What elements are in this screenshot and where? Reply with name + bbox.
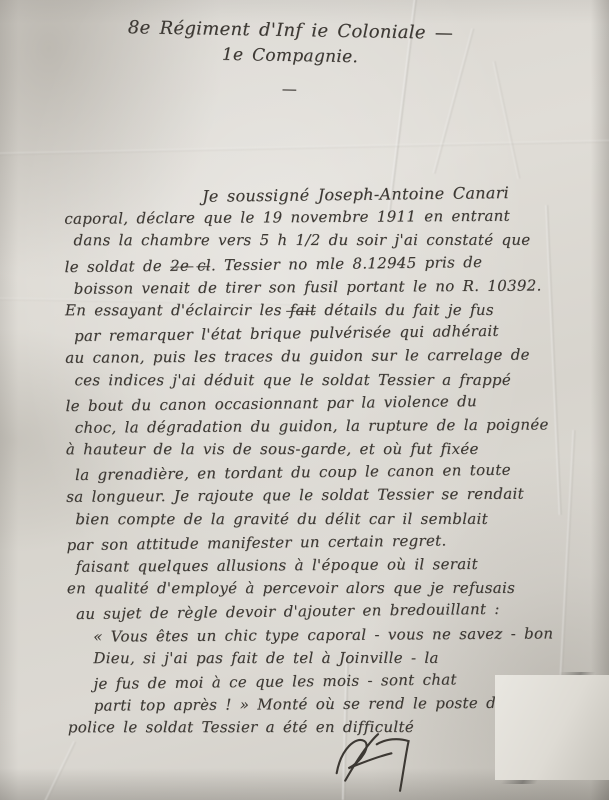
paper-sheet: 8e Régiment d'Inf ie Coloniale — 1e Comp… <box>0 0 609 800</box>
paper-crease <box>0 139 609 155</box>
handwritten-line: bien compte de la gravité du délit car i… <box>75 509 576 533</box>
regiment-heading: 8e Régiment d'Inf ie Coloniale — <box>100 17 480 45</box>
handwritten-line: sa longueur. Je rajoute que le soldat Te… <box>66 485 576 512</box>
handwritten-line: dans la chambre vers 5 h 1/2 du soir j'a… <box>73 231 574 255</box>
handwritten-line: Dieu, si j'ai pas fait de tel à Joinvill… <box>93 648 577 672</box>
handwritten-line: En essayant d'éclaircir les f̶a̶i̶t̶ dét… <box>65 301 575 325</box>
document-photo: 8e Régiment d'Inf ie Coloniale — 1e Comp… <box>0 0 609 800</box>
handwritten-line: « Vous êtes un chic type caporal - vous … <box>93 624 577 651</box>
company-heading: 1e Compagnie. <box>100 43 480 70</box>
handwritten-line: caporal, déclare que le 19 novembre 1911… <box>64 206 574 233</box>
handwritten-line: Je soussigné Joseph-Antoine Canari <box>202 182 574 210</box>
separator-dash: — <box>99 77 479 102</box>
signature-flourish <box>320 722 445 800</box>
handwritten-line: au canon, puis les traces du guidon sur … <box>65 346 575 373</box>
handwritten-line: ces indices j'ai déduit que le soldat Te… <box>74 370 575 394</box>
corner-fold <box>495 675 609 780</box>
paper-crease <box>493 61 521 179</box>
letter-header: 8e Régiment d'Inf ie Coloniale — 1e Comp… <box>99 17 480 102</box>
letter-body: Je soussigné Joseph-Antoine Canari capor… <box>64 183 578 743</box>
paper-crease <box>43 741 76 800</box>
